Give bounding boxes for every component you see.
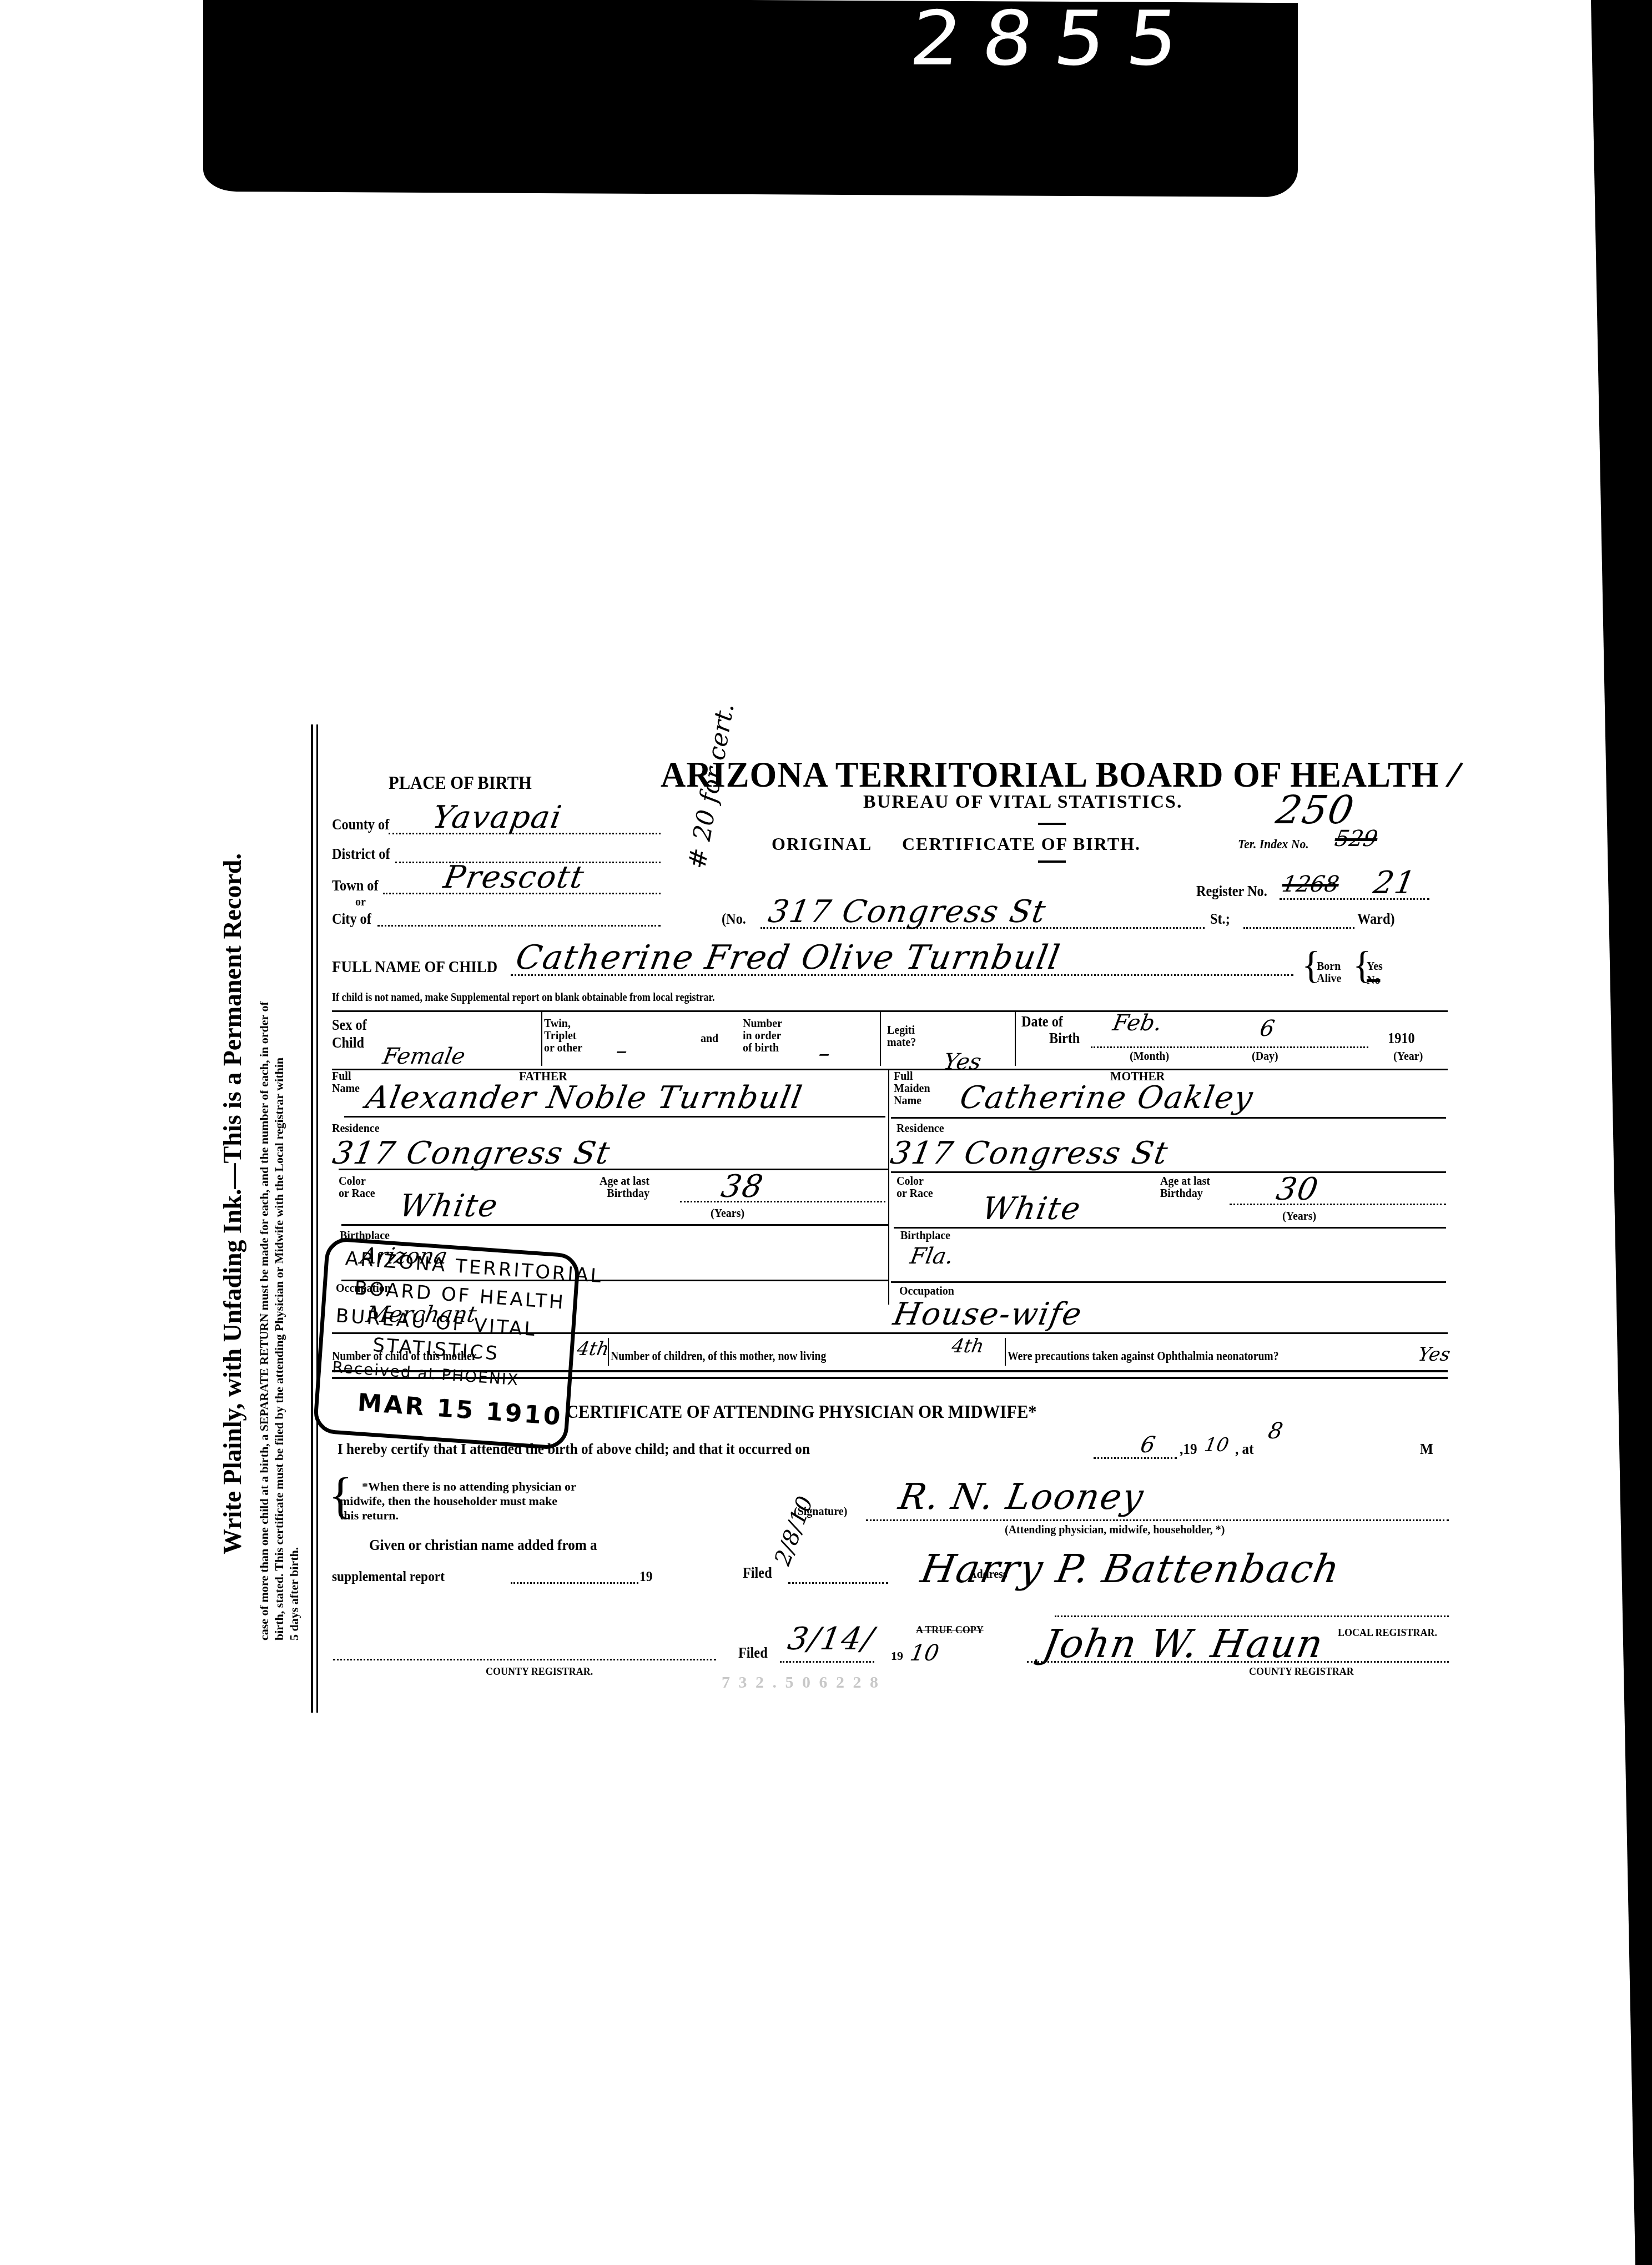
stamp-date: MAR 15 1910 bbox=[356, 1388, 563, 1431]
filed-county-field bbox=[780, 1661, 874, 1663]
born-alive-label: Born Alive bbox=[1317, 960, 1344, 985]
dob-month: Feb. bbox=[1111, 1010, 1164, 1036]
county-value: Yavapai bbox=[430, 799, 565, 835]
year-caption: (Year) bbox=[1393, 1050, 1423, 1063]
signature-caption: (Attending physician, midwife, household… bbox=[1005, 1524, 1225, 1536]
street-value: 317 Congress St bbox=[765, 894, 1049, 930]
local-registrar-field bbox=[1055, 1615, 1449, 1617]
twin-label-2: Triplet bbox=[544, 1030, 582, 1042]
place-of-birth-label: PLACE OF BIRTH bbox=[389, 773, 532, 794]
filed-local-field bbox=[788, 1582, 888, 1584]
order-label-2: in order bbox=[743, 1030, 782, 1042]
stamp-line-3: BUREAU OF VITAL bbox=[335, 1305, 538, 1341]
certify-hour: 8 bbox=[1266, 1418, 1285, 1444]
fine-print-line-1: case of more than one child at a birth, … bbox=[256, 1001, 271, 1640]
frame-rule-inner bbox=[316, 724, 318, 1713]
father-color-line bbox=[341, 1224, 888, 1226]
legit-label-2: mate? bbox=[887, 1036, 916, 1049]
father-full-label-1: Full bbox=[332, 1070, 360, 1083]
order-label-1: Number bbox=[743, 1018, 782, 1030]
town-label: Town of bbox=[332, 877, 379, 894]
county-registrar-left-field bbox=[333, 1659, 716, 1660]
mother-age-label: Age at last Birthday bbox=[1160, 1175, 1210, 1200]
certify-at: , at bbox=[1235, 1441, 1254, 1458]
born-alive-no: No bbox=[1367, 974, 1380, 986]
filed-county-year: 10 bbox=[908, 1640, 941, 1666]
certify-year: 10 bbox=[1202, 1434, 1230, 1456]
parents-column-divider bbox=[888, 1069, 889, 1305]
ophthalmia-label: Were precautions taken against Ophthalmi… bbox=[1008, 1350, 1279, 1362]
dob-field bbox=[1091, 1046, 1368, 1048]
twin-label-3: or other bbox=[544, 1042, 582, 1054]
mother-age-value: 30 bbox=[1273, 1171, 1322, 1207]
mother-birthplace-line bbox=[891, 1281, 1446, 1283]
mother-age-label-1: Age at last bbox=[1160, 1175, 1210, 1187]
father-name-line bbox=[344, 1116, 885, 1118]
mother-age-field bbox=[1230, 1204, 1446, 1205]
or-label: or bbox=[355, 896, 366, 908]
father-full-label: Full Name bbox=[332, 1070, 360, 1095]
col-divider bbox=[1015, 1010, 1016, 1066]
scanner-edge-bar bbox=[1591, 0, 1652, 2265]
mother-birthplace-value: Fla. bbox=[908, 1244, 955, 1269]
mother-full-label-1: Full bbox=[894, 1070, 930, 1083]
certify-text: I hereby certify that I attended the bir… bbox=[338, 1441, 810, 1458]
father-age-label-1: Age at last bbox=[600, 1175, 649, 1187]
register-struck: 1268 bbox=[1280, 872, 1341, 897]
mother-full-label: Full Maiden Name bbox=[894, 1070, 930, 1107]
register-value: 21 bbox=[1371, 865, 1419, 901]
mother-residence-value: 317 Congress St bbox=[888, 1135, 1171, 1171]
mother-age-label-2: Birthday bbox=[1160, 1187, 1210, 1200]
father-color-label-2: or Race bbox=[339, 1187, 375, 1200]
twin-label-1: Twin, bbox=[544, 1018, 582, 1030]
father-years-caption: (Years) bbox=[711, 1207, 744, 1220]
mother-color-label-1: Color bbox=[896, 1175, 933, 1187]
ward-field bbox=[1243, 927, 1354, 929]
twin-value: – bbox=[614, 1038, 629, 1064]
father-age-label: Age at last Birthday bbox=[600, 1175, 649, 1200]
given-name-year: 19 bbox=[639, 1568, 652, 1585]
order-label-3: of birth bbox=[743, 1042, 782, 1054]
divider-parents-top bbox=[332, 1069, 1448, 1070]
father-residence-label: Residence bbox=[332, 1123, 380, 1135]
father-name-value: Alexander Noble Turnbull bbox=[363, 1080, 805, 1116]
footnote-line-1: *When there is no attending physician or bbox=[340, 1479, 576, 1494]
month-caption: (Month) bbox=[1130, 1050, 1169, 1063]
sex-label-2: Child bbox=[332, 1034, 367, 1051]
ophthalmia-value: Yes bbox=[1416, 1343, 1452, 1366]
col-divider bbox=[1005, 1338, 1006, 1366]
margin-fine-print: case of more than one child at a birth, … bbox=[256, 1001, 301, 1640]
mother-occupation-value: House-wife bbox=[890, 1296, 1085, 1332]
father-age-field bbox=[680, 1201, 885, 1202]
scan-page-number: 2855 bbox=[906, 4, 1159, 74]
unnamed-note: If child is not named, make Supplemental… bbox=[332, 991, 714, 1003]
filed-county-date: 3/14/ bbox=[785, 1621, 877, 1657]
given-name-field bbox=[511, 1582, 638, 1584]
mother-residence-line bbox=[891, 1171, 1446, 1173]
father-age-value: 38 bbox=[718, 1169, 767, 1205]
ward-label: Ward) bbox=[1357, 910, 1395, 928]
local-registrar-caption: LOCAL REGISTRAR. bbox=[1338, 1627, 1437, 1639]
fine-print-line-3: 5 days after birth. bbox=[286, 1001, 301, 1640]
mother-color-value: White bbox=[979, 1191, 1084, 1227]
sex-label: Sex of Child bbox=[332, 1016, 367, 1051]
mother-occupation-label: Occupation bbox=[899, 1285, 954, 1297]
signature-field bbox=[866, 1519, 1449, 1521]
children-living-label: Number of children, of this mother, now … bbox=[611, 1350, 826, 1362]
day-caption: (Day) bbox=[1252, 1050, 1278, 1063]
twin-label: Twin, Triplet or other bbox=[544, 1018, 582, 1054]
order-label: Number in order of birth bbox=[743, 1018, 782, 1054]
certify-m: M bbox=[1420, 1441, 1433, 1458]
father-age-label-2: Birthday bbox=[600, 1187, 649, 1200]
original-label: ORIGINAL bbox=[772, 834, 872, 854]
mother-full-label-3: Name bbox=[894, 1095, 930, 1107]
ter-index-struck: 529 bbox=[1333, 826, 1379, 852]
mother-name-line bbox=[891, 1117, 1446, 1119]
born-alive-yes: Yes bbox=[1367, 960, 1383, 973]
faint-serial-number: 7 3 2 . 5 0 6 2 2 8 bbox=[722, 1677, 880, 1689]
certify-day: 6 bbox=[1139, 1432, 1157, 1458]
true-copy-label: A TRUE COPY bbox=[916, 1624, 984, 1636]
children-living-value: 4th bbox=[950, 1335, 985, 1357]
certify-year-prefix: ,19 bbox=[1180, 1441, 1197, 1458]
frame-rule-outer bbox=[311, 724, 313, 1713]
stamp-line-4: STATISTICS bbox=[372, 1334, 500, 1365]
city-label: City of bbox=[332, 910, 371, 928]
dob-label-1: Date of bbox=[1021, 1013, 1063, 1030]
father-residence-value: 317 Congress St bbox=[330, 1135, 613, 1171]
street-prefix: (No. bbox=[722, 910, 746, 928]
county-label: County of bbox=[332, 816, 389, 833]
mother-color-label: Color or Race bbox=[896, 1175, 933, 1200]
signature-value: R. N. Looney bbox=[895, 1477, 1147, 1518]
street-suffix: St.; bbox=[1210, 910, 1230, 928]
title-divider-2 bbox=[1038, 860, 1066, 863]
ter-index-label: Ter. Index No. bbox=[1238, 837, 1309, 852]
mother-birthplace-label: Birthplace bbox=[900, 1230, 950, 1242]
dob-year: 1910 bbox=[1388, 1030, 1415, 1047]
footnote-line-2: midwife, then the householder must make bbox=[340, 1494, 576, 1508]
filed-county-label: Filed bbox=[738, 1644, 768, 1662]
district-label: District of bbox=[332, 845, 390, 863]
footnote: *When there is no attending physician or… bbox=[340, 1479, 576, 1523]
filed-local-date: 2/8/10 bbox=[770, 1493, 818, 1569]
title-divider-1 bbox=[1038, 823, 1066, 825]
sex-value: Female bbox=[381, 1044, 467, 1069]
bureau-title: BUREAU OF VITAL STATISTICS. bbox=[863, 792, 1183, 813]
divider-child-row-top bbox=[332, 1010, 1448, 1012]
legit-label: Legiti mate? bbox=[887, 1024, 916, 1049]
father-color-label-1: Color bbox=[339, 1175, 375, 1187]
county-registrar-signature: John W. Haun bbox=[1040, 1621, 1327, 1667]
col-divider bbox=[541, 1010, 542, 1066]
mother-years-caption: (Years) bbox=[1282, 1210, 1316, 1222]
dob-day: 6 bbox=[1258, 1016, 1277, 1041]
and-label: and bbox=[701, 1033, 718, 1045]
order-value: – bbox=[817, 1041, 832, 1066]
sex-label-1: Sex of bbox=[332, 1016, 367, 1034]
certify-day-field bbox=[1094, 1457, 1177, 1459]
footnote-line-3: this return. bbox=[340, 1508, 576, 1523]
certificate-title: CERTIFICATE OF BIRTH. bbox=[902, 834, 1141, 854]
legit-label-1: Legiti bbox=[887, 1024, 916, 1036]
legit-value: Yes bbox=[941, 1049, 983, 1075]
register-label: Register No. bbox=[1196, 883, 1267, 900]
checkmark-icon: / bbox=[1444, 754, 1465, 795]
filed-county-year-prefix: 19 bbox=[891, 1650, 903, 1662]
city-field bbox=[377, 925, 661, 927]
county-registrar-caption-right: COUNTY REGISTRAR bbox=[1249, 1665, 1354, 1678]
col-divider bbox=[608, 1338, 609, 1366]
father-color-value: White bbox=[396, 1188, 501, 1224]
physician-heading: CERTIFICATE OF ATTENDING PHYSICIAN OR MI… bbox=[566, 1402, 1037, 1423]
mother-full-label-2: Maiden bbox=[894, 1083, 930, 1095]
filed-local-label: Filed bbox=[743, 1564, 772, 1582]
dob-label-2: Birth bbox=[1049, 1030, 1080, 1047]
fine-print-line-2: birth, stated. This certificate must be … bbox=[271, 1001, 286, 1640]
col-divider bbox=[880, 1010, 881, 1066]
children-count-value: 4th bbox=[575, 1338, 611, 1360]
mother-color-line bbox=[894, 1227, 1446, 1229]
father-color-label: Color or Race bbox=[339, 1175, 375, 1200]
given-name-line-1: Given or christian name added from a bbox=[369, 1537, 597, 1554]
given-name-line-2: supplemental report bbox=[332, 1568, 445, 1585]
full-name-label: FULL NAME OF CHILD bbox=[332, 958, 497, 977]
father-full-label-2: Name bbox=[332, 1083, 360, 1095]
received-stamp: ARIZONA TERRITORIAL BOARD OF HEALTH BURE… bbox=[313, 1236, 581, 1450]
county-registrar-caption-left: COUNTY REGISTRAR. bbox=[486, 1665, 593, 1678]
mother-name-value: Catherine Oakley bbox=[957, 1080, 1256, 1116]
father-residence-line bbox=[339, 1169, 888, 1170]
margin-instruction: Write Plainly, with Unfading Ink.—This i… bbox=[218, 853, 247, 1554]
full-name-value: Catherine Fred Olive Turnbull bbox=[513, 938, 1064, 977]
town-value: Prescott bbox=[441, 859, 587, 895]
mother-color-label-2: or Race bbox=[896, 1187, 933, 1200]
mother-residence-label: Residence bbox=[896, 1123, 944, 1135]
local-registrar-signature: Harry P. Battenbach bbox=[918, 1546, 1344, 1592]
